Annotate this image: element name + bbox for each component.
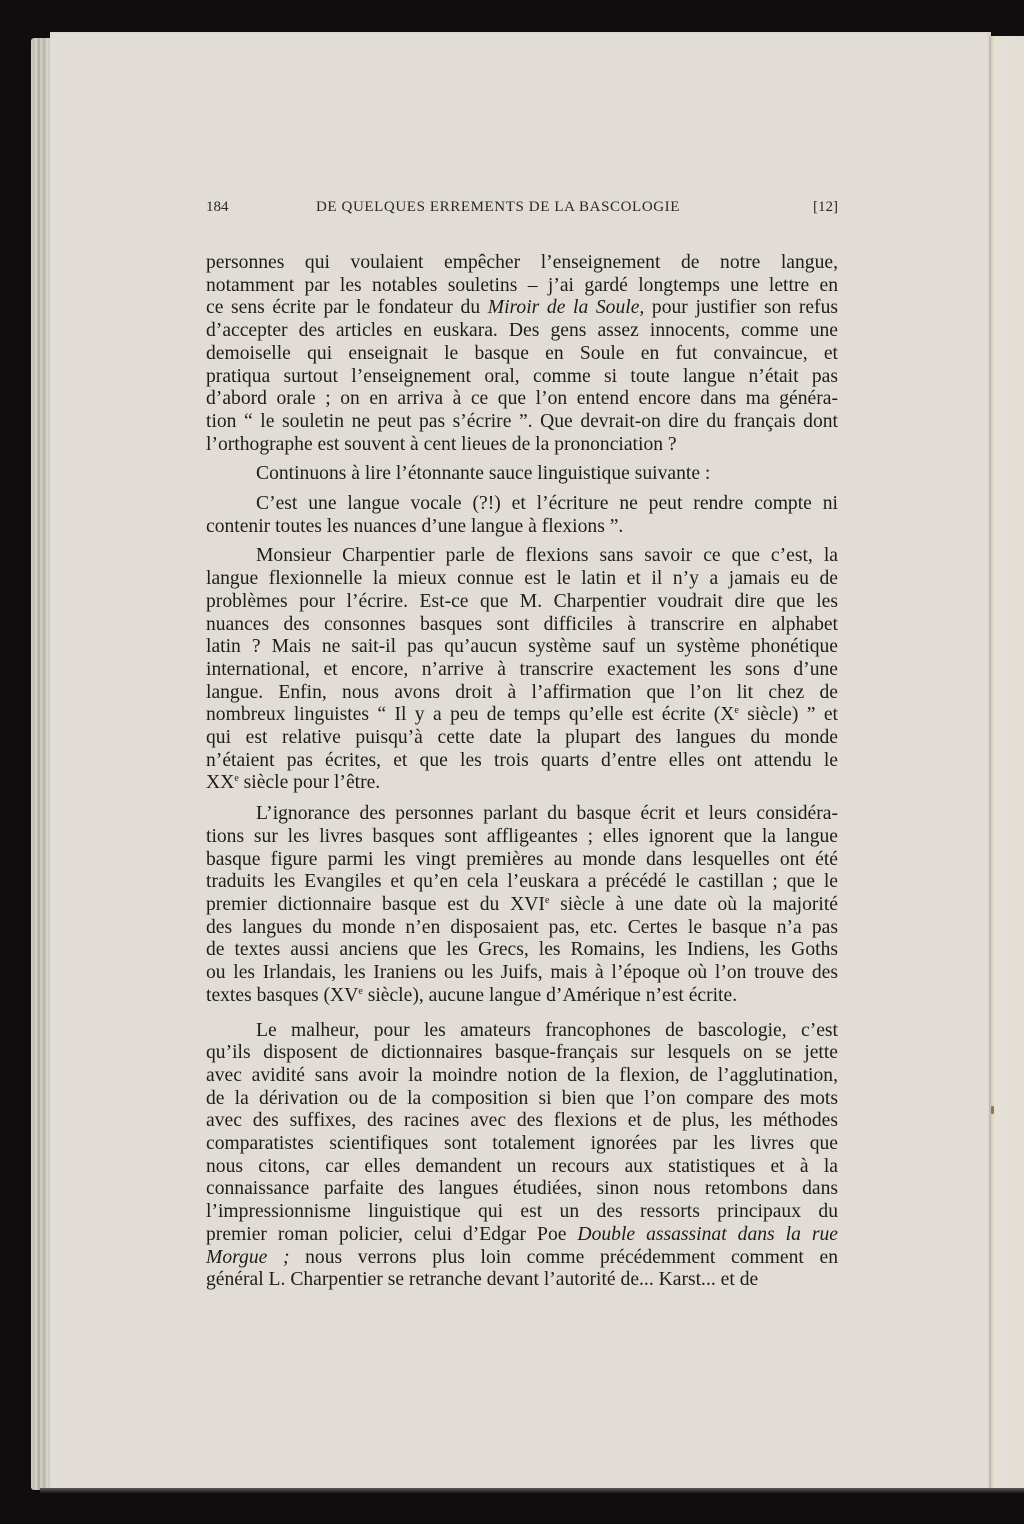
text-line: latin ? Mais ne sait-il pas qu’aucun sys… xyxy=(206,636,838,659)
text-line: qui est relative puisqu’à cette date la … xyxy=(206,727,838,750)
running-head: 184 DE QUELQUES ERREMENTS DE LA BASCOLOG… xyxy=(206,196,838,222)
text-line: demoiselle qui enseignait le basque en S… xyxy=(206,343,838,366)
italic-title: Morgue ; xyxy=(206,1247,289,1268)
page-number: 184 xyxy=(206,199,229,216)
paragraph: C’est une langue vocale (?!) et l’écritu… xyxy=(206,493,838,538)
text-line: Morgue ; nous verrons plus loin comme pr… xyxy=(206,1247,838,1270)
superscript: e xyxy=(545,895,549,906)
paragraph: Le malheur, pour les amateurs francophon… xyxy=(206,1020,838,1292)
paragraph: Monsieur Charpentier parle de flexions s… xyxy=(206,545,838,795)
text-line: d’accepter des articles en euskara. Des … xyxy=(206,320,838,343)
body-text: personnes qui voulaient empêcher l’ensei… xyxy=(206,252,838,1292)
text-line: basque figure parmi les vingt premières … xyxy=(206,849,838,872)
text-line: nous citons, car elles demandent un reco… xyxy=(206,1156,838,1179)
paragraph: Continuons à lire l’étonnante sauce ling… xyxy=(206,463,838,486)
text-line: C’est une langue vocale (?!) et l’écritu… xyxy=(206,493,838,516)
text-line: n’étaient pas écrites, et que les trois … xyxy=(206,750,838,773)
page-bottom-shadow xyxy=(40,1488,1024,1493)
paragraph: personnes qui voulaient empêcher l’ensei… xyxy=(206,252,838,456)
margin-mark xyxy=(991,1106,994,1114)
text-line: L’ignorance des personnes parlant du bas… xyxy=(206,803,838,826)
text-line: connaissance parfaite des langues étudié… xyxy=(206,1178,838,1201)
text-line: d’abord orale ; on en arriva à ce que l’… xyxy=(206,388,838,411)
text-line: nuances des consonnes basques sont diffi… xyxy=(206,614,838,637)
text-line: tions sur les livres basques sont afflig… xyxy=(206,826,838,849)
text-line: l’impressionnisme linguistique qui est u… xyxy=(206,1201,838,1224)
italic-title: Miroir de la Soule, xyxy=(488,297,645,318)
superscript: e xyxy=(358,986,362,997)
section-number: [12] xyxy=(813,199,838,216)
text-line: l’orthographe est souvent à cent lieues … xyxy=(206,434,838,457)
text-line: international, et encore, n’arrive à tra… xyxy=(206,659,838,682)
text-line: ce sens écrite par le fondateur du Miroi… xyxy=(206,297,838,320)
text-line: textes basques (XVe siècle), aucune lang… xyxy=(206,985,838,1008)
italic-title: Double assassinat dans la rue xyxy=(577,1224,838,1245)
text-line: tion “ le souletin ne peut pas s’écrire … xyxy=(206,411,838,434)
paragraph: L’ignorance des personnes parlant du bas… xyxy=(206,803,838,1007)
text-line: problèmes pour l’écrire. Est-ce que M. C… xyxy=(206,591,838,614)
text-line: contenir toutes les nuances d’une langue… xyxy=(206,516,838,539)
text-line: avec des suffixes, des racines avec des … xyxy=(206,1110,838,1133)
text-line: personnes qui voulaient empêcher l’ensei… xyxy=(206,252,838,275)
text-line: pratiqua surtout l’enseignement oral, co… xyxy=(206,366,838,389)
text-line: Monsieur Charpentier parle de flexions s… xyxy=(206,545,838,568)
text-line: notamment par les notables souletins – j… xyxy=(206,275,838,298)
text-line: de la dérivation ou de la composition si… xyxy=(206,1088,838,1111)
text-line: Continuons à lire l’étonnante sauce ling… xyxy=(206,463,838,486)
running-title: DE QUELQUES ERREMENTS DE LA BASCOLOGIE xyxy=(316,199,680,216)
text-line: comparatistes scientifiques sont totalem… xyxy=(206,1133,838,1156)
text-line: avec avidité sans avoir la moindre notio… xyxy=(206,1065,838,1088)
text-line: traduits les Evangiles et qu’en cela l’e… xyxy=(206,871,838,894)
text-line: XXe siècle pour l’être. xyxy=(206,772,838,795)
text-line: premier dictionnaire basque est du XVIe … xyxy=(206,894,838,917)
text-line: langue flexionnelle la mieux connue est … xyxy=(206,568,838,591)
text-line: de textes aussi anciens que les Grecs, l… xyxy=(206,939,838,962)
scan-scene: 184 DE QUELQUES ERREMENTS DE LA BASCOLOG… xyxy=(0,0,1024,1524)
text-line: premier roman policier, celui d’Edgar Po… xyxy=(206,1224,838,1247)
gutter-line xyxy=(989,36,991,1488)
text-line: des langues du monde n’en disposaient pa… xyxy=(206,917,838,940)
superscript: e xyxy=(734,705,738,716)
text-line: langue. Enfin, nous avons droit à l’affi… xyxy=(206,682,838,705)
text-line: ou les Irlandais, les Iraniens ou les Ju… xyxy=(206,962,838,985)
text-line: qu’ils disposent de dictionnaires basque… xyxy=(206,1042,838,1065)
superscript: e xyxy=(234,773,238,784)
text-line: nombreux linguistes “ Il y a peu de temp… xyxy=(206,704,838,727)
facing-page-edge xyxy=(991,36,1024,1488)
text-line: général L. Charpentier se retranche deva… xyxy=(206,1269,838,1292)
text-line: Le malheur, pour les amateurs francophon… xyxy=(206,1020,838,1043)
